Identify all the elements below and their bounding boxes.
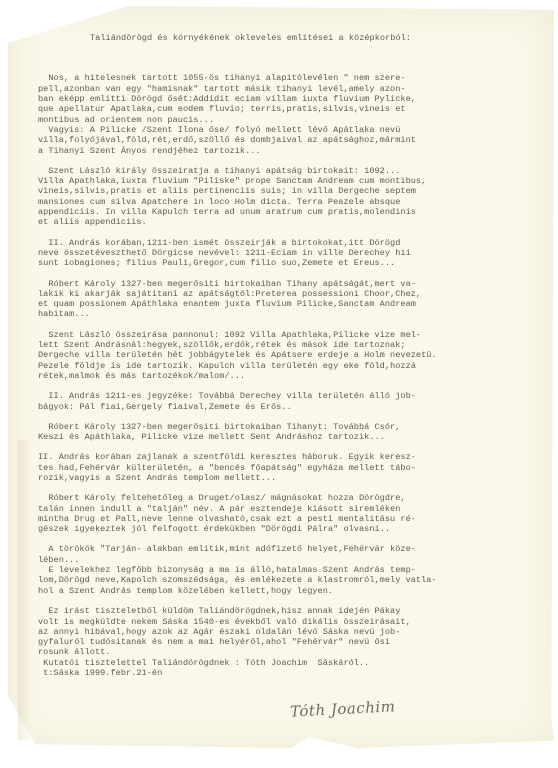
text-line: bágyok: Pál fiai,Gergely fiaival,Zemete … (38, 402, 558, 412)
text-line: habitam... (38, 309, 558, 319)
text-line: volt is megküldte nekem Sáska 1540-es év… (38, 617, 558, 627)
text-line: talán innen indull a "talján" név. A pár… (38, 504, 558, 514)
text-line (38, 596, 558, 606)
text-line: gyfaluról tudósitanak és nem a mai helyé… (38, 637, 558, 647)
text-line: Róbert Károly 1327-ben megerősiti birtok… (38, 279, 558, 289)
text-line: mansiones cum silva Apatchere in loco Ho… (38, 197, 558, 207)
text-line: Róbert Károly 1327-ben megerősiti birtok… (38, 422, 558, 432)
text-line: II. András korában zajlanak a szentföldi… (38, 452, 558, 462)
text-line: II. András 1211-es jegyzéke: Továbbá Der… (38, 391, 558, 401)
text-line: et aliis appendiciis. (38, 217, 558, 227)
text-line: Nos, a hitelesnek tartott 1055-ös tihany… (38, 73, 558, 83)
paragraph: Róbert Károly 1327-ben megerősiti birtok… (38, 279, 558, 320)
text-line: rétek,malmok és más tartozékok/malom/... (38, 371, 558, 381)
paragraph: A törökök "Tarján- alakban emlitik,mint … (38, 544, 558, 595)
paragraph: Róbert Károly feltehetőleg a Druget/olas… (38, 493, 558, 534)
text-line: vineis,silvis,pratis et aliis pertinenci… (38, 186, 558, 196)
text-line: et quam possionem Apáthlaka enantem juxt… (38, 299, 558, 309)
paragraph: Róbert Károly 1327-ben megerősiti birtok… (38, 422, 558, 443)
text-line: gészek igyekeztek jól felfogott érdekükb… (38, 524, 558, 534)
text-line: lom,Dörögd neve,Kapolch szomszédsága, és… (38, 575, 558, 585)
text-line: sunt iobagiones; filius Pauli,Gregor,cum… (38, 258, 558, 268)
text-line: tes had,Fehérvár külterületén, a "bencés… (38, 463, 558, 473)
text-line: Róbert Károly feltehetőleg a Druget/olas… (38, 493, 558, 503)
text-line: neve összetéveszthető Dörgicse nevével: … (38, 248, 558, 258)
text-line: Dergeche villa területén hét jobbágytele… (38, 350, 558, 360)
paragraph: Szent László király összeiratja a tihany… (38, 166, 558, 228)
text-line: appendiciis. In villa Kapulch terra ad u… (38, 207, 558, 217)
text-line: lett Szent Andrásnál:hegyek,szöllők,erdő… (38, 340, 558, 350)
text-line: que apellatur Apatlaka,cum eodem fluvio;… (38, 104, 558, 114)
text-line: lében... (38, 555, 558, 565)
paper-fold-shadow (18, 440, 32, 740)
text-line: lakik ki akarják sajátitani az apátságtó… (38, 289, 558, 299)
text-line: Vagyis: A Pilicke /Szent Ilona őse/ foly… (38, 125, 558, 135)
paragraph: II. András korában,1211-ben ismét összei… (38, 238, 558, 269)
text-line: a Tihanyi Szent Ányos rendjéhez tartozik… (38, 146, 558, 156)
text-line: Szent László király összeiratja a tihany… (38, 166, 558, 176)
paragraph: Nos, a hitelesnek tartott 1055-ös tihany… (38, 73, 558, 155)
text-line: E levelekhez legfőbb bizonyság a ma is á… (38, 565, 558, 575)
text-line: Villa Apathlaka,iuxta fluvium "Piliske" … (38, 176, 558, 186)
text-line: Ez irást tiszteletből küldöm Taliándörög… (38, 606, 558, 616)
document-title: Taliándörögd és környékének okleveles em… (90, 33, 558, 43)
paragraph: II. András korában zajlanak a szentföldi… (38, 452, 558, 483)
text-line: ban eképp emlitti Dörögd ősét:Addidit ec… (38, 94, 558, 104)
text-line: montibus ad orientem non paucis... (38, 115, 558, 125)
paragraph: Ez irást tiszteletből küldöm Taliándörög… (38, 596, 558, 678)
document-body: Nos, a hitelesnek tartott 1055-ös tihany… (38, 73, 558, 678)
text-line: Keszi és Apáthlaka, Pilicke vize mellett… (38, 432, 558, 442)
paragraph: Szent László összeirása pannonul: 1092 V… (38, 330, 558, 381)
text-line: rozik,vagyis a Szent András templom mell… (38, 473, 558, 483)
text-line: rosunk állott. (38, 647, 558, 657)
text-line: pell,azonban van egy "hamisnak" tartott … (38, 84, 558, 94)
text-line: mintha Drug et Pall,neve lenne olvasható… (38, 514, 558, 524)
typewritten-document: Taliándörögd és környékének okleveles em… (38, 12, 558, 699)
text-line: Kutatói tisztelettel Taliándörögdnek : T… (38, 658, 558, 668)
text-line: az annyi hibával,hogy azok az Agár észak… (38, 627, 558, 637)
text-line: t:Sáska 1999.febr.21-én (38, 668, 558, 678)
text-line: II. András korában,1211-ben ismét összei… (38, 238, 558, 248)
text-line: A törökök "Tarján- alakban emlitik,mint … (38, 544, 558, 554)
text-line: villa,folyójával,föld,rét,erdő,szöllő és… (38, 135, 558, 145)
text-line: Pezele földje is ide tartozik. Kapulch v… (38, 361, 558, 371)
text-line: hol a Szent András templom közelében kel… (38, 586, 558, 596)
text-line: Szent László összeirása pannonul: 1092 V… (38, 330, 558, 340)
paragraph: II. András 1211-es jegyzéke: Továbbá Der… (38, 391, 558, 412)
